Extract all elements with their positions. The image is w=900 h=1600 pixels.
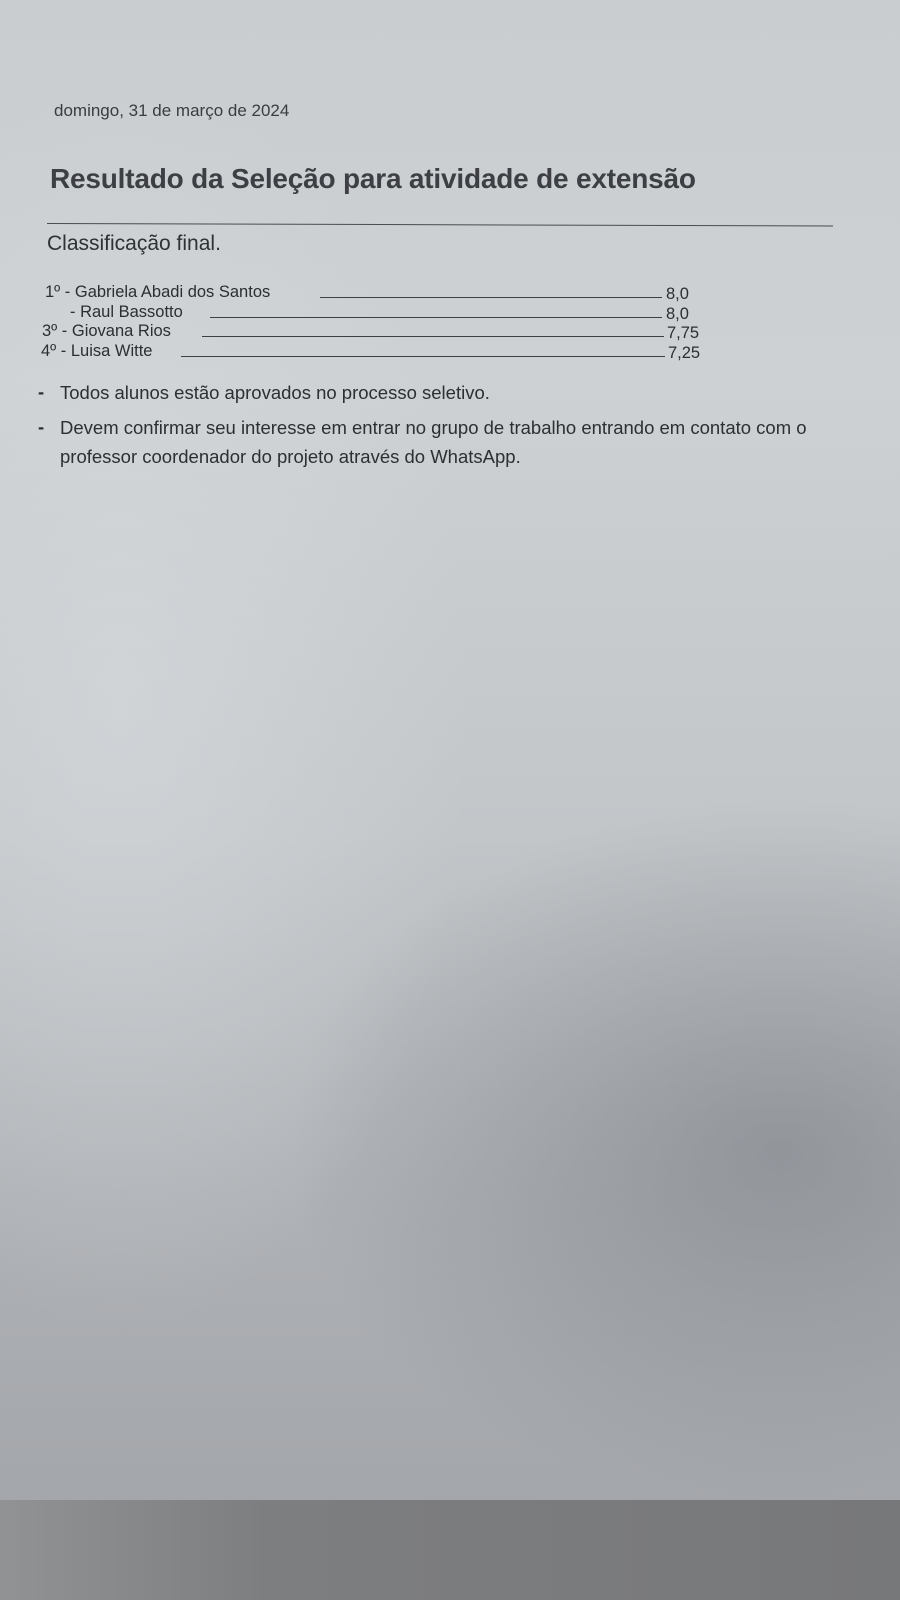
document-date: domingo, 31 de março de 2024: [54, 101, 289, 121]
ranking-list: 1º - Gabriela Abadi dos Santos 8,0 - Rau…: [0, 283, 900, 361]
section-subtitle: Classificação final.: [47, 232, 221, 256]
ranking-row: 4º - Luisa Witte 7,25: [0, 342, 900, 362]
ranking-score: 7,75: [667, 324, 699, 343]
table-surface: [0, 1500, 900, 1600]
note-text: Devem confirmar seu interesse em entrar …: [60, 417, 807, 467]
title-divider: [47, 223, 833, 226]
paper-sheet: domingo, 31 de março de 2024 Resultado d…: [0, 0, 900, 1512]
ranking-score: 8,0: [666, 305, 689, 324]
ranking-row: - Raul Bassotto 8,0: [0, 303, 900, 323]
leader-line: [181, 356, 665, 357]
ranking-entry-label: 4º - Luisa Witte: [41, 342, 152, 361]
note-item: - Devem confirmar seu interesse em entra…: [38, 413, 838, 471]
ranking-row: 1º - Gabriela Abadi dos Santos 8,0: [0, 283, 900, 303]
document-title: Resultado da Seleção para atividade de e…: [50, 163, 696, 195]
ranking-entry-label: - Raul Bassotto: [70, 303, 183, 322]
ranking-entry-label: 1º - Gabriela Abadi dos Santos: [45, 283, 270, 302]
note-item: - Todos alunos estão aprovados no proces…: [38, 378, 838, 407]
leader-line: [320, 297, 662, 298]
leader-line: [210, 317, 662, 318]
notes-list: - Todos alunos estão aprovados no proces…: [38, 378, 838, 477]
note-text: Todos alunos estão aprovados no processo…: [60, 382, 490, 403]
ranking-row: 3º - Giovana Rios 7,75: [0, 322, 900, 342]
ranking-score: 7,25: [668, 344, 700, 363]
leader-line: [202, 336, 664, 337]
bullet-dash: -: [38, 377, 44, 406]
bullet-dash: -: [38, 412, 44, 441]
ranking-entry-label: 3º - Giovana Rios: [42, 322, 171, 341]
ranking-score: 8,0: [666, 285, 689, 304]
